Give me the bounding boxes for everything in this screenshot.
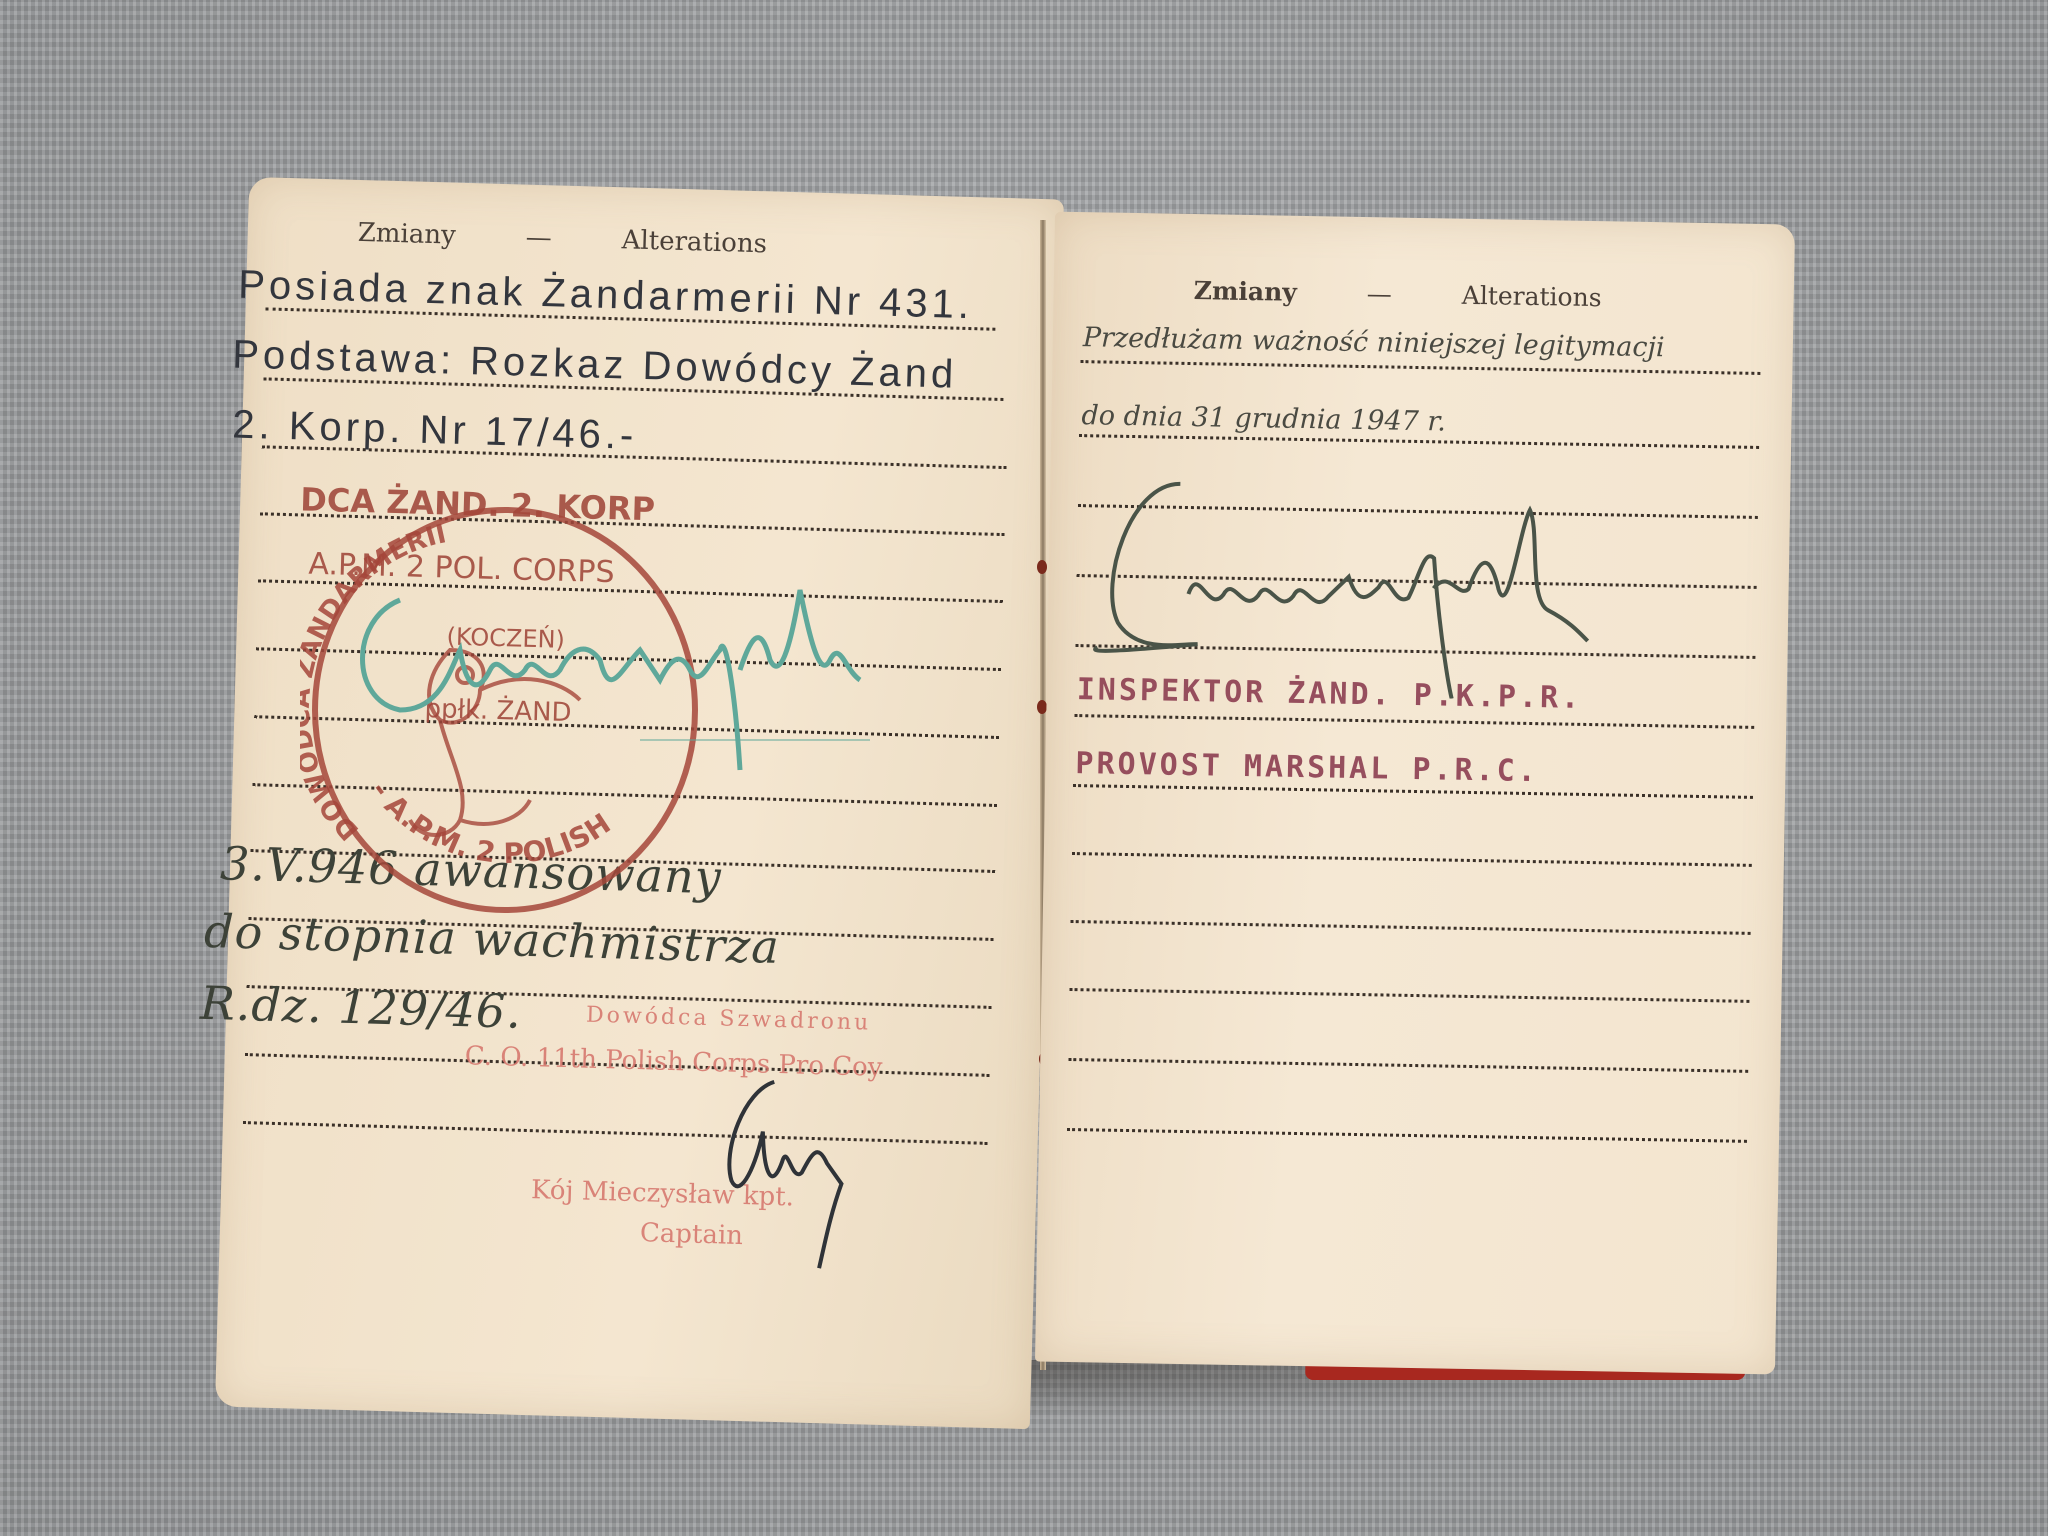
heading-dash: —: [525, 223, 552, 254]
ruled-line: [1074, 714, 1754, 729]
heading-english: Alterations: [621, 225, 767, 259]
entry1-line3: 2. Korp. Nr 17/46.-: [232, 402, 638, 458]
heading-english: Alterations: [1462, 281, 1602, 312]
ruled-line: [1067, 1128, 1747, 1143]
left-page-heading: Zmiany — Alterations: [357, 218, 767, 259]
right-page: Zmiany — Alterations Przedłużam ważność …: [1035, 212, 1795, 1375]
heading-polish: Zmiany: [1193, 276, 1297, 307]
ruled-line: [1072, 852, 1752, 867]
commander-signature-teal: [340, 560, 960, 820]
officer-stamp-line-1: Dowódca Szwadronu: [586, 1003, 872, 1036]
right-page-heading: Zmiany — Alterations: [1193, 276, 1601, 312]
captain-signature: [699, 1070, 885, 1275]
ruled-line: [1071, 920, 1751, 935]
entry2-line3: R.dz. 129/46.: [199, 976, 522, 1039]
staple: [1037, 560, 1047, 574]
extension-line-1: Przedłużam ważność niniejszej legitymacj…: [1083, 322, 1665, 363]
ruled-line: [1069, 988, 1749, 1003]
heading-dash: —: [1367, 279, 1393, 308]
extension-line-2: do dnia 31 grudnia 1947 r.: [1081, 400, 1446, 437]
inspector-signature: [1087, 462, 1711, 703]
ruled-line: [1068, 1058, 1748, 1073]
inspector-stamp-line-1: INSPEKTOR ŻAND. P.K.P.R.: [1076, 672, 1582, 716]
inspector-stamp-line-2: PROVOST MARSHAL P.R.C.: [1075, 746, 1539, 789]
heading-polish: Zmiany: [357, 218, 456, 251]
